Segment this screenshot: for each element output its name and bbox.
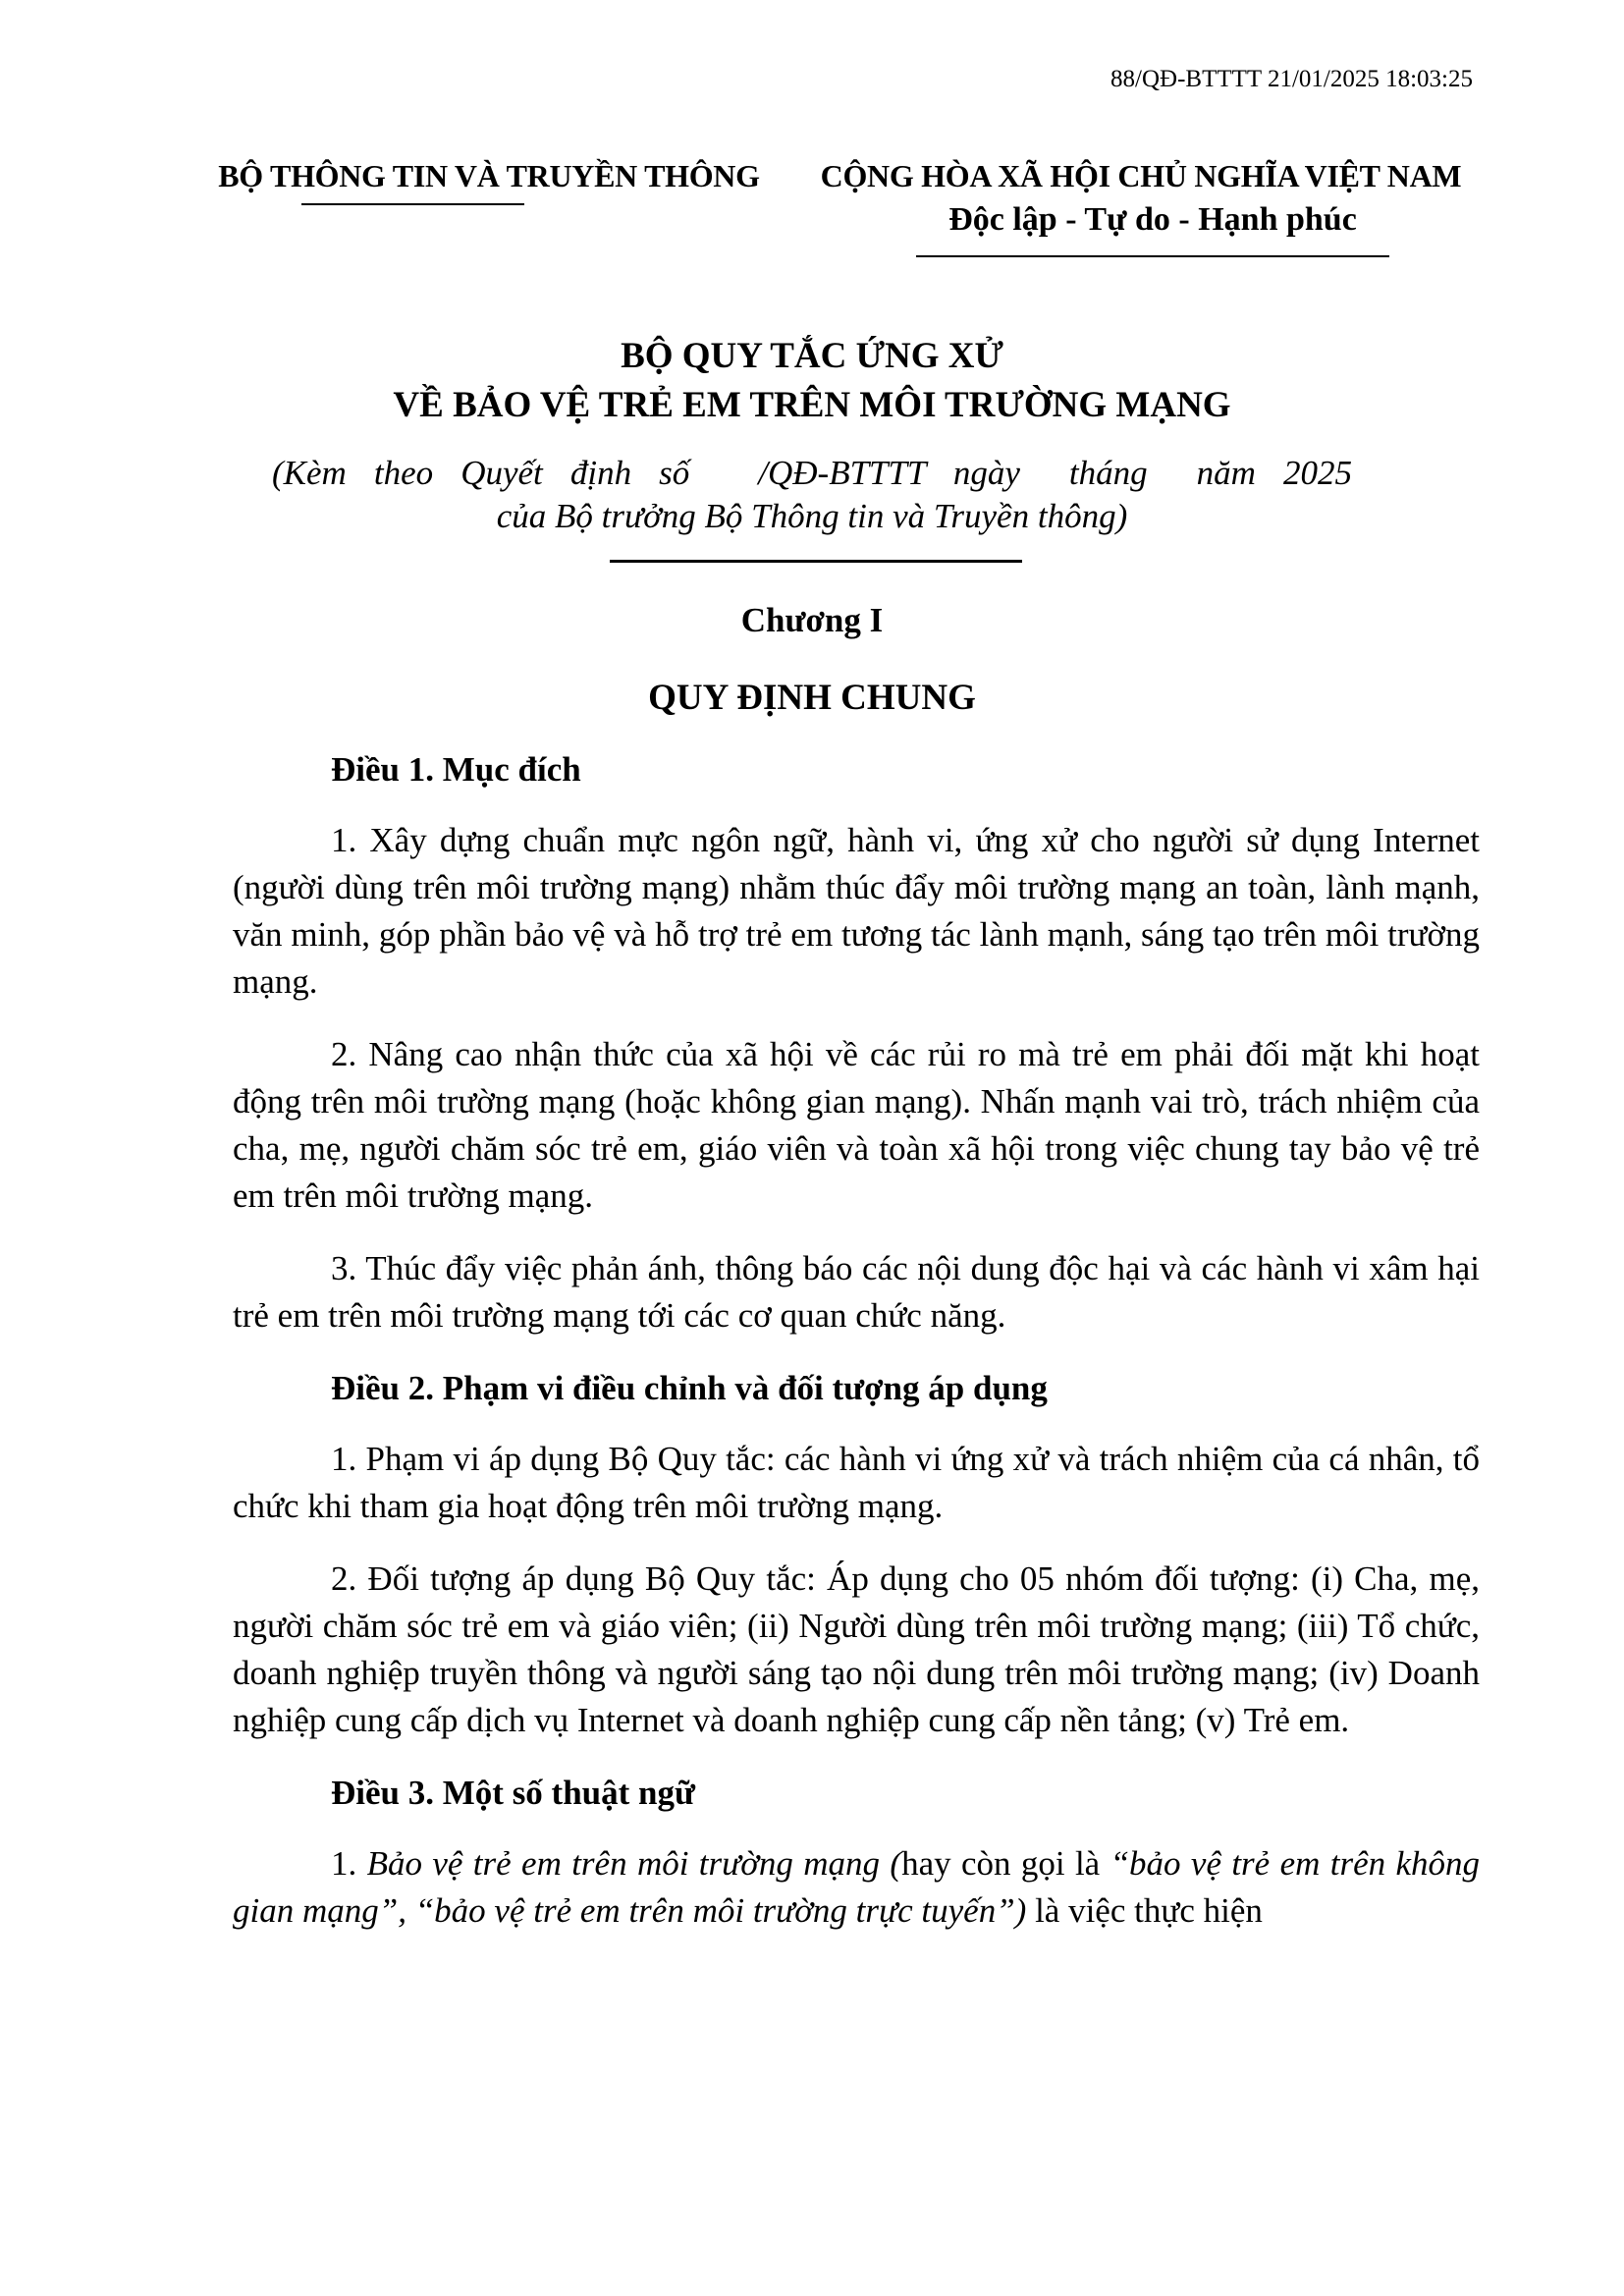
national-motto: Độc lập - Tự do - Hạnh phúc [948,198,1357,242]
chapter-name: QUY ĐỊNH CHUNG [0,676,1624,721]
article-1-paragraph-3: 3. Thúc đẩy việc phản ánh, thông báo các… [233,1245,1480,1339]
term-definition-start: là việc thực hiện [1026,1891,1263,1930]
chapter-number: Chương I [0,599,1624,642]
agency-name: BỘ THÔNG TIN VÀ TRUYỀN THÔNG [204,156,774,195]
document-stamp: 88/QĐ-BTTTT 21/01/2025 18:03:25 [1110,65,1473,94]
document-page: 88/QĐ-BTTTT 21/01/2025 18:03:25 BỘ THÔNG… [0,0,1624,2296]
article-1-paragraph-2: 2. Nâng cao nhận thức của xã hội về các … [233,1031,1480,1220]
subtitle-part-b: /QĐ-BTTTT ngày [758,454,1020,492]
article-3-title: Điều 3. Một số thuật ngữ [233,1770,1480,1817]
agency-header: BỘ THÔNG TIN VÀ TRUYỀN THÔNG [204,156,774,205]
motto-underline [916,255,1389,257]
subtitle-part-a: (Kèm theo Quyết định số [272,454,689,492]
nation-name: CỘNG HÒA XÃ HỘI CHỦ NGHĨA VIỆT NAM [797,156,1485,195]
subtitle-part-c: tháng [1069,454,1148,492]
term-connector: hay còn gọi là [901,1844,1110,1883]
national-header: CỘNG HÒA XÃ HỘI CHỦ NGHĨA VIỆT NAM Độc l… [797,156,1485,257]
article-2-paragraph-1: 1. Phạm vi áp dụng Bộ Quy tắc: các hành … [233,1436,1480,1530]
article-1-title: Điều 1. Mục đích [233,746,1480,793]
paragraph-number: 1. [331,1844,367,1883]
document-subtitle: (Kèm theo Quyết định số/QĐ-BTTTT ngàythá… [0,452,1624,538]
document-title-line-2: VỀ BẢO VỆ TRẺ EM TRÊN MÔI TRƯỜNG MẠNG [0,381,1624,430]
article-3-paragraph-1: 1. Bảo vệ trẻ em trên môi trường mạng (h… [233,1840,1480,1935]
subtitle-line-1: (Kèm theo Quyết định số/QĐ-BTTTT ngàythá… [272,452,1352,495]
document-title-block: BỘ QUY TẮC ỨNG XỬ VỀ BẢO VỆ TRẺ EM TRÊN … [0,332,1624,563]
article-2-paragraph-2: 2. Đối tượng áp dụng Bộ Quy tắc: Áp dụng… [233,1556,1480,1744]
title-divider [610,560,1022,563]
subtitle-part-d: năm 2025 [1197,454,1352,492]
document-title-line-1: BỘ QUY TẮC ỨNG XỬ [0,332,1624,381]
subtitle-line-2: của Bộ trưởng Bộ Thông tin và Truyền thô… [0,495,1624,538]
article-2-title: Điều 2. Phạm vi điều chỉnh và đối tượng … [233,1365,1480,1412]
agency-underline [301,203,524,205]
article-1-paragraph-1: 1. Xây dựng chuẩn mực ngôn ngữ, hành vi,… [233,817,1480,1006]
term-italic: Bảo vệ trẻ em trên môi trường mạng ( [367,1844,901,1883]
document-body: Điều 1. Mục đích 1. Xây dựng chuẩn mực n… [233,746,1480,1935]
